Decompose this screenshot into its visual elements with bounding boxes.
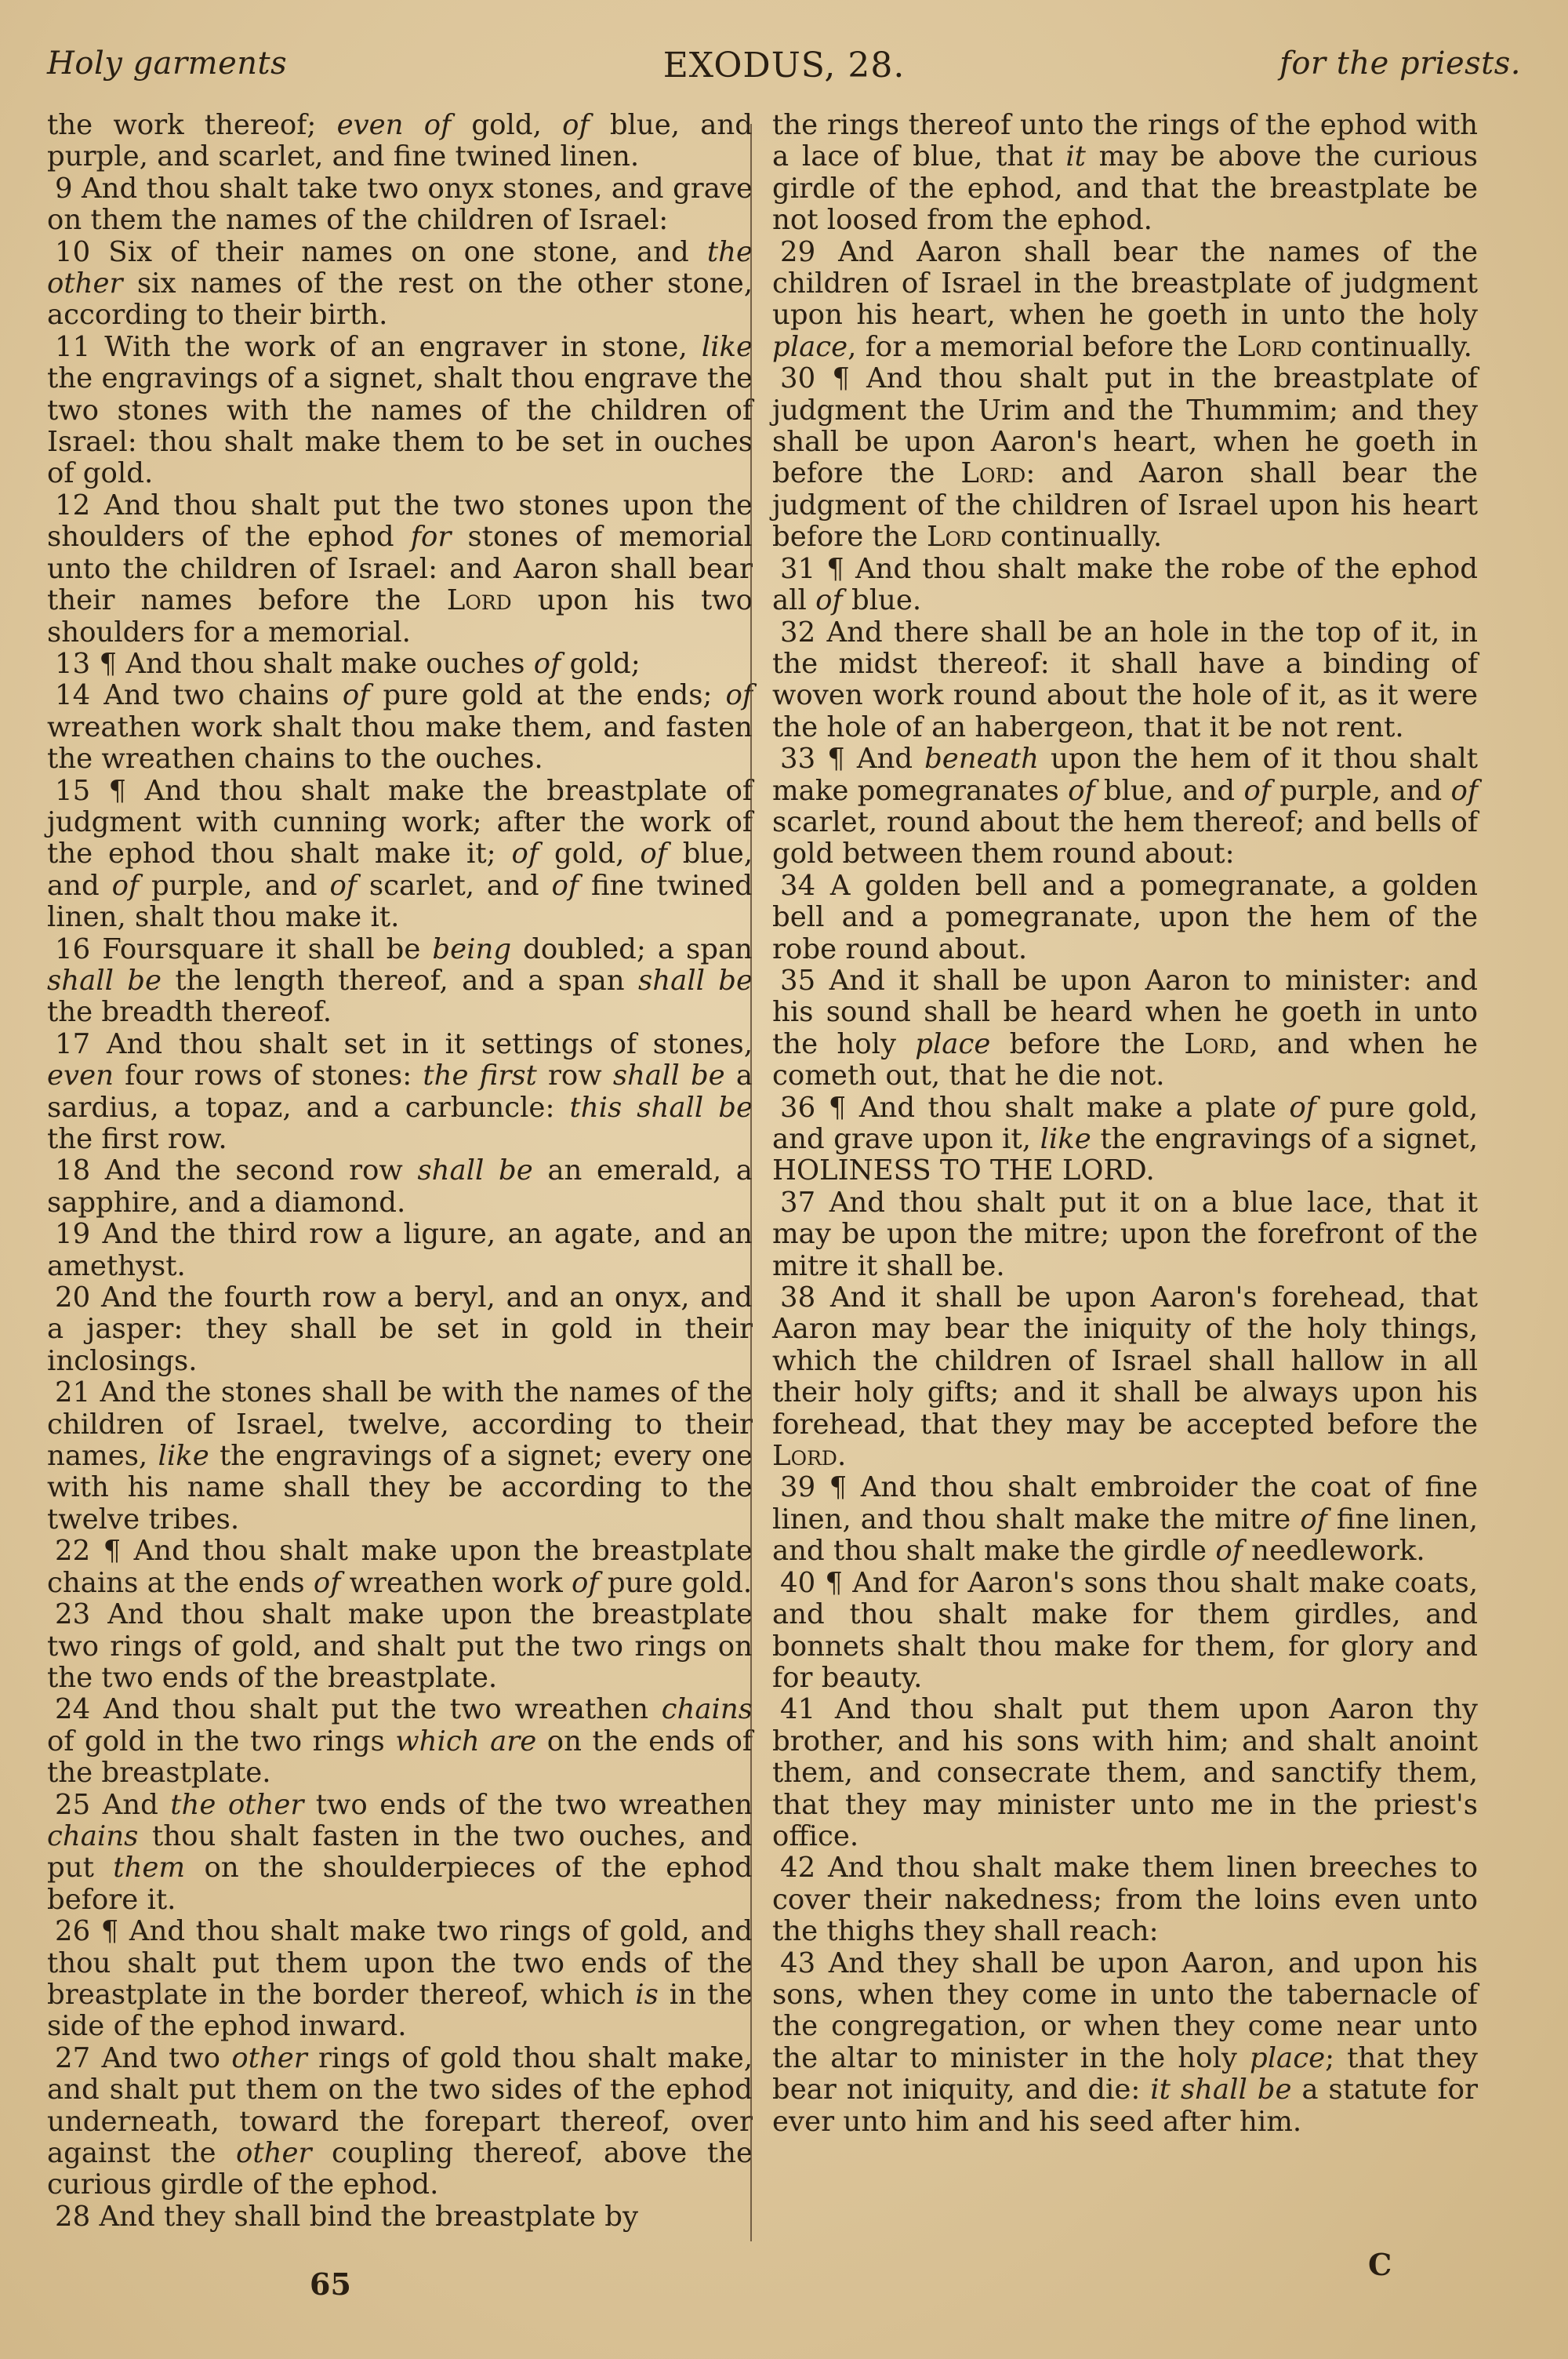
italic-text: even xyxy=(47,1060,114,1092)
verse-text: wreathen work xyxy=(340,1567,572,1599)
running-header: Holy garments EXODUS, 28. for the priest… xyxy=(47,45,1521,93)
verse: 31 ¶ And thou shalt make the robe of the… xyxy=(772,554,1478,617)
verse: 38 And it shall be upon Aaron's forehead… xyxy=(772,1282,1478,1472)
italic-text: of xyxy=(725,679,753,711)
italic-text: of xyxy=(1068,775,1095,807)
pilcrow-icon: ¶ xyxy=(101,1915,129,1947)
verse: 11 With the work of an engraver in stone… xyxy=(47,332,753,490)
verse-text: two ends of the two wreathen xyxy=(303,1789,753,1821)
verse-text: pure gold at the ends; xyxy=(369,679,725,711)
page-number: 65 xyxy=(310,2266,351,2302)
verse: 35 And it shall be upon Aaron to ministe… xyxy=(772,965,1478,1092)
verse-text: With the work of an engraver in stone, xyxy=(104,331,702,363)
verse: the rings thereof unto the rings of the … xyxy=(772,110,1478,237)
italic-text: shall be xyxy=(613,1060,725,1092)
italic-text: like xyxy=(158,1440,209,1472)
header-book-chapter: EXODUS, 28. xyxy=(663,45,906,85)
verse-text: , for a memorial before the xyxy=(848,331,1237,363)
verse-text: And they shall bind the breastplate by xyxy=(99,2201,638,2233)
verse: the work thereof; even of gold, of blue,… xyxy=(47,110,753,173)
pilcrow-icon: ¶ xyxy=(829,1092,859,1124)
small-caps-text: Lord xyxy=(772,1440,837,1472)
pilcrow-icon: ¶ xyxy=(829,1471,861,1503)
italic-text: for xyxy=(411,521,451,553)
small-caps-text: Lord xyxy=(927,521,992,553)
small-caps-text: Lord xyxy=(447,584,512,616)
italic-text: of xyxy=(640,838,667,870)
verse: 27 And two other rings of gold thou shal… xyxy=(47,2043,753,2201)
left-column: the work thereof; even of gold, of blue,… xyxy=(47,110,753,2233)
verse-number: 20 xyxy=(55,1281,101,1314)
verse-number: 31 xyxy=(780,553,826,585)
verse: 42 And thou shalt make them linen breech… xyxy=(772,1852,1478,1947)
italic-text: of xyxy=(1215,1535,1243,1567)
verse-number: 16 xyxy=(55,933,102,965)
header-left-title: Holy garments xyxy=(47,45,287,82)
verse: 24 And thou shalt put the two wreathen c… xyxy=(47,1694,753,1789)
italic-text: shall be xyxy=(47,965,162,997)
verse-number: 34 xyxy=(780,870,830,902)
verse-text: And it shall be upon Aaron's forehead, t… xyxy=(772,1281,1478,1441)
italic-text: of xyxy=(1243,775,1271,807)
verse-text: purple, and xyxy=(1271,775,1451,807)
verse: 39 ¶ And thou shalt embroider the coat o… xyxy=(772,1472,1478,1567)
verse-text: And thou shalt make upon the breastplate… xyxy=(47,1598,753,1694)
italic-text: it xyxy=(1065,140,1086,173)
verse-number: 39 xyxy=(780,1471,829,1503)
verse-text: continually. xyxy=(992,521,1162,553)
verse-text: And thou shalt make a plate xyxy=(859,1092,1290,1124)
pilcrow-icon: ¶ xyxy=(825,1567,852,1599)
italic-text: place xyxy=(1250,2042,1325,2074)
small-caps-text: Lord xyxy=(1184,1028,1249,1060)
verse-text: the first row. xyxy=(47,1123,227,1155)
italic-text: of xyxy=(1300,1503,1327,1536)
verse: 25 And the other two ends of the two wre… xyxy=(47,1790,753,1917)
italic-text: of xyxy=(815,584,843,616)
verse-number: 9 xyxy=(55,173,82,205)
verse-text: gold, xyxy=(451,109,562,141)
italic-text: them xyxy=(113,1852,185,1884)
verse-number: 12 xyxy=(55,489,104,522)
header-right-title: for the priests. xyxy=(1279,45,1521,82)
verse-text: gold, xyxy=(539,838,640,870)
italic-text: like xyxy=(1040,1123,1091,1155)
italic-text: chains xyxy=(662,1693,753,1725)
verse: 36 ¶ And thou shalt make a plate of pure… xyxy=(772,1092,1478,1187)
pilcrow-icon: ¶ xyxy=(832,362,866,394)
italic-text: of xyxy=(512,838,539,870)
column-divider xyxy=(750,124,752,2241)
italic-text: like xyxy=(702,331,753,363)
verse-number: 28 xyxy=(55,2201,99,2233)
verse-text: before the xyxy=(990,1028,1184,1060)
verse: 15 ¶ And thou shalt make the breastplate… xyxy=(47,776,753,934)
verse-text: row xyxy=(537,1060,613,1092)
verse-text: four rows of stones: xyxy=(114,1060,423,1092)
verse-text: And thou shalt put them upon Aaron thy b… xyxy=(772,1693,1478,1852)
italic-text: this shall be xyxy=(569,1092,753,1124)
pilcrow-icon: ¶ xyxy=(103,1535,134,1567)
verse-text: And thou shalt set in it settings of sto… xyxy=(107,1028,753,1060)
verse: 28 And they shall bind the breastplate b… xyxy=(47,2201,753,2233)
pilcrow-icon: ¶ xyxy=(109,775,145,807)
italic-text: of xyxy=(1451,775,1479,807)
verse-number: 35 xyxy=(780,965,829,997)
verse-text: And two chains xyxy=(103,679,343,711)
italic-text: shall be xyxy=(638,965,753,997)
verse-text: pure gold. xyxy=(599,1567,753,1599)
verse: 13 ¶ And thou shalt make ouches of gold; xyxy=(47,649,753,680)
italic-text: of xyxy=(343,679,370,711)
verse-number: 36 xyxy=(780,1092,829,1124)
verse-text: A golden bell and a pomegranate, a golde… xyxy=(772,870,1478,965)
pilcrow-icon: ¶ xyxy=(99,648,125,680)
verse-text: continually. xyxy=(1302,331,1472,363)
italic-text: the first xyxy=(423,1060,536,1092)
verse-text: blue. xyxy=(843,584,922,616)
verse-text: And the second row xyxy=(105,1154,418,1187)
verse-text: Six of their names on one stone, and xyxy=(108,236,707,268)
verse: 18 And the second row shall be an emeral… xyxy=(47,1155,753,1219)
italic-text: beneath xyxy=(924,743,1039,775)
verse-text: doubled; a span xyxy=(511,933,753,965)
verse-text: And thou shalt take two onyx stones, and… xyxy=(47,173,753,236)
verse: 21 And the stones shall be with the name… xyxy=(47,1377,753,1536)
verse: 10 Six of their names on one stone, and … xyxy=(47,237,753,332)
verse-number: 17 xyxy=(55,1028,107,1060)
verse-number: 40 xyxy=(780,1567,825,1599)
italic-text: of xyxy=(562,109,590,141)
verse-text: scarlet, round about the hem thereof; an… xyxy=(772,806,1478,870)
italic-text: of xyxy=(314,1567,341,1599)
italic-text: chains xyxy=(47,1820,138,1852)
verse: 12 And thou shalt put the two stones upo… xyxy=(47,490,753,649)
verse: 33 ¶ And beneath upon the hem of it thou… xyxy=(772,743,1478,871)
verse-number: 24 xyxy=(55,1693,103,1725)
verse-text: And thou shalt put it on a blue lace, th… xyxy=(772,1187,1478,1282)
verse-number: 32 xyxy=(780,616,827,649)
verse-text: And xyxy=(857,743,924,775)
verse-number: 43 xyxy=(780,1947,829,1979)
verse-number: 29 xyxy=(780,236,838,268)
verse-number: 30 xyxy=(780,362,832,394)
verse-number: 26 xyxy=(55,1915,101,1947)
italic-text: of xyxy=(112,870,140,902)
verse: 23 And thou shalt make upon the breastpl… xyxy=(47,1599,753,1694)
italic-text: of xyxy=(534,648,561,680)
signature-mark: C xyxy=(1368,2247,1392,2282)
verse: 16 Foursquare it shall be being doubled;… xyxy=(47,934,753,1029)
verse-number: 33 xyxy=(780,743,827,775)
italic-text: shall be xyxy=(417,1154,532,1187)
italic-text: the other xyxy=(170,1789,303,1821)
small-caps-text: Lord xyxy=(1237,331,1302,363)
verse: 32 And there shall be an hole in the top… xyxy=(772,617,1478,744)
verse: 34 A golden bell and a pomegranate, a go… xyxy=(772,871,1478,965)
right-column: the rings thereof unto the rings of the … xyxy=(772,110,1478,2138)
verse: 40 ¶ And for Aaron's sons thou shalt mak… xyxy=(772,1568,1478,1695)
verse-number: 42 xyxy=(780,1852,828,1884)
verse-number: 22 xyxy=(55,1535,103,1567)
verse-number: 41 xyxy=(780,1693,835,1725)
verse: 30 ¶ And thou shalt put in the breastpla… xyxy=(772,363,1478,553)
verse: 43 And they shall be upon Aaron, and upo… xyxy=(772,1948,1478,2138)
italic-text: even of xyxy=(337,109,452,141)
verse: 22 ¶ And thou shalt make upon the breast… xyxy=(47,1536,753,1599)
verse-text: the engravings of a signet, shalt thou e… xyxy=(47,362,753,489)
verse-number: 19 xyxy=(55,1218,103,1250)
italic-text: being xyxy=(432,933,511,965)
verse: 20 And the fourth row a beryl, and an on… xyxy=(47,1282,753,1377)
italic-text: it shall be xyxy=(1150,2074,1291,2106)
verse-text: And the fourth row a beryl, and an onyx,… xyxy=(47,1281,753,1377)
verse-text: And there shall be an hole in the top of… xyxy=(772,616,1478,743)
italic-text: of xyxy=(572,1567,599,1599)
italic-text: of xyxy=(552,870,579,902)
verse: 29 And Aaron shall bear the names of the… xyxy=(772,237,1478,364)
verse-number: 10 xyxy=(55,236,108,268)
italic-text: place xyxy=(915,1028,990,1060)
italic-text: of xyxy=(329,870,357,902)
verse-text: . xyxy=(837,1440,846,1472)
verse-number: 37 xyxy=(780,1187,829,1219)
verse-text: the breadth thereof. xyxy=(47,996,332,1028)
verse-number: 14 xyxy=(55,679,103,711)
verse-text: And thou shalt make ouches xyxy=(125,648,533,680)
verse-number: 27 xyxy=(55,2042,101,2074)
italic-text: other xyxy=(236,2137,311,2169)
verse-text: the work thereof; xyxy=(47,109,337,141)
verse: 9 And thou shalt take two onyx stones, a… xyxy=(47,173,753,237)
verse-number: 13 xyxy=(55,648,99,680)
verse: 14 And two chains of pure gold at the en… xyxy=(47,680,753,775)
verse-number: 11 xyxy=(55,331,104,363)
verse-number: 25 xyxy=(55,1789,103,1821)
small-caps-text: Lord xyxy=(960,457,1025,489)
verse-text: of gold in the two rings xyxy=(47,1725,395,1757)
verse-text: And thou shalt make them linen breeches … xyxy=(772,1852,1478,1947)
verse-text: scarlet, and xyxy=(357,870,552,902)
verse-text: purple, and xyxy=(139,870,329,902)
verse-text: And Aaron shall bear the names of the ch… xyxy=(772,236,1478,332)
verse-text: gold; xyxy=(561,648,640,680)
verse-number: 23 xyxy=(55,1598,107,1630)
italic-text: is xyxy=(635,1979,659,2011)
pilcrow-icon: ¶ xyxy=(827,743,857,775)
verse-text: Foursquare it shall be xyxy=(102,933,432,965)
verse-number: 21 xyxy=(55,1376,100,1408)
italic-text: other xyxy=(231,2042,307,2074)
verse-text: blue, and xyxy=(1095,775,1244,807)
verse: 26 ¶ And thou shalt make two rings of go… xyxy=(47,1916,753,2043)
verse: 19 And the third row a ligure, an agate,… xyxy=(47,1219,753,1282)
verse-number: 15 xyxy=(55,775,109,807)
verse-number: 38 xyxy=(780,1281,830,1314)
verse-text: And thou shalt put the two wreathen xyxy=(103,1693,662,1725)
verse-text: wreathen work shalt thou make them, and … xyxy=(47,711,753,775)
verse: 17 And thou shalt set in it settings of … xyxy=(47,1029,753,1156)
verse: 41 And thou shalt put them upon Aaron th… xyxy=(772,1694,1478,1852)
verse-text: And xyxy=(103,1789,171,1821)
verse: 37 And thou shalt put it on a blue lace,… xyxy=(772,1187,1478,1282)
verse-text: And the third row a ligure, an agate, an… xyxy=(47,1218,753,1281)
verse-number: 18 xyxy=(55,1154,105,1187)
italic-text: which are xyxy=(395,1725,536,1757)
italic-text: place xyxy=(772,331,848,363)
verse-text: six names of the rest on the other stone… xyxy=(47,267,753,331)
italic-text: of xyxy=(1289,1092,1316,1124)
verse-text: the length thereof, and a span xyxy=(162,965,638,997)
verse-text: And two xyxy=(101,2042,231,2074)
verse-text: And for Aaron's sons thou shalt make coa… xyxy=(772,1567,1478,1694)
pilcrow-icon: ¶ xyxy=(826,553,855,585)
verse-text: needlework. xyxy=(1243,1535,1425,1567)
